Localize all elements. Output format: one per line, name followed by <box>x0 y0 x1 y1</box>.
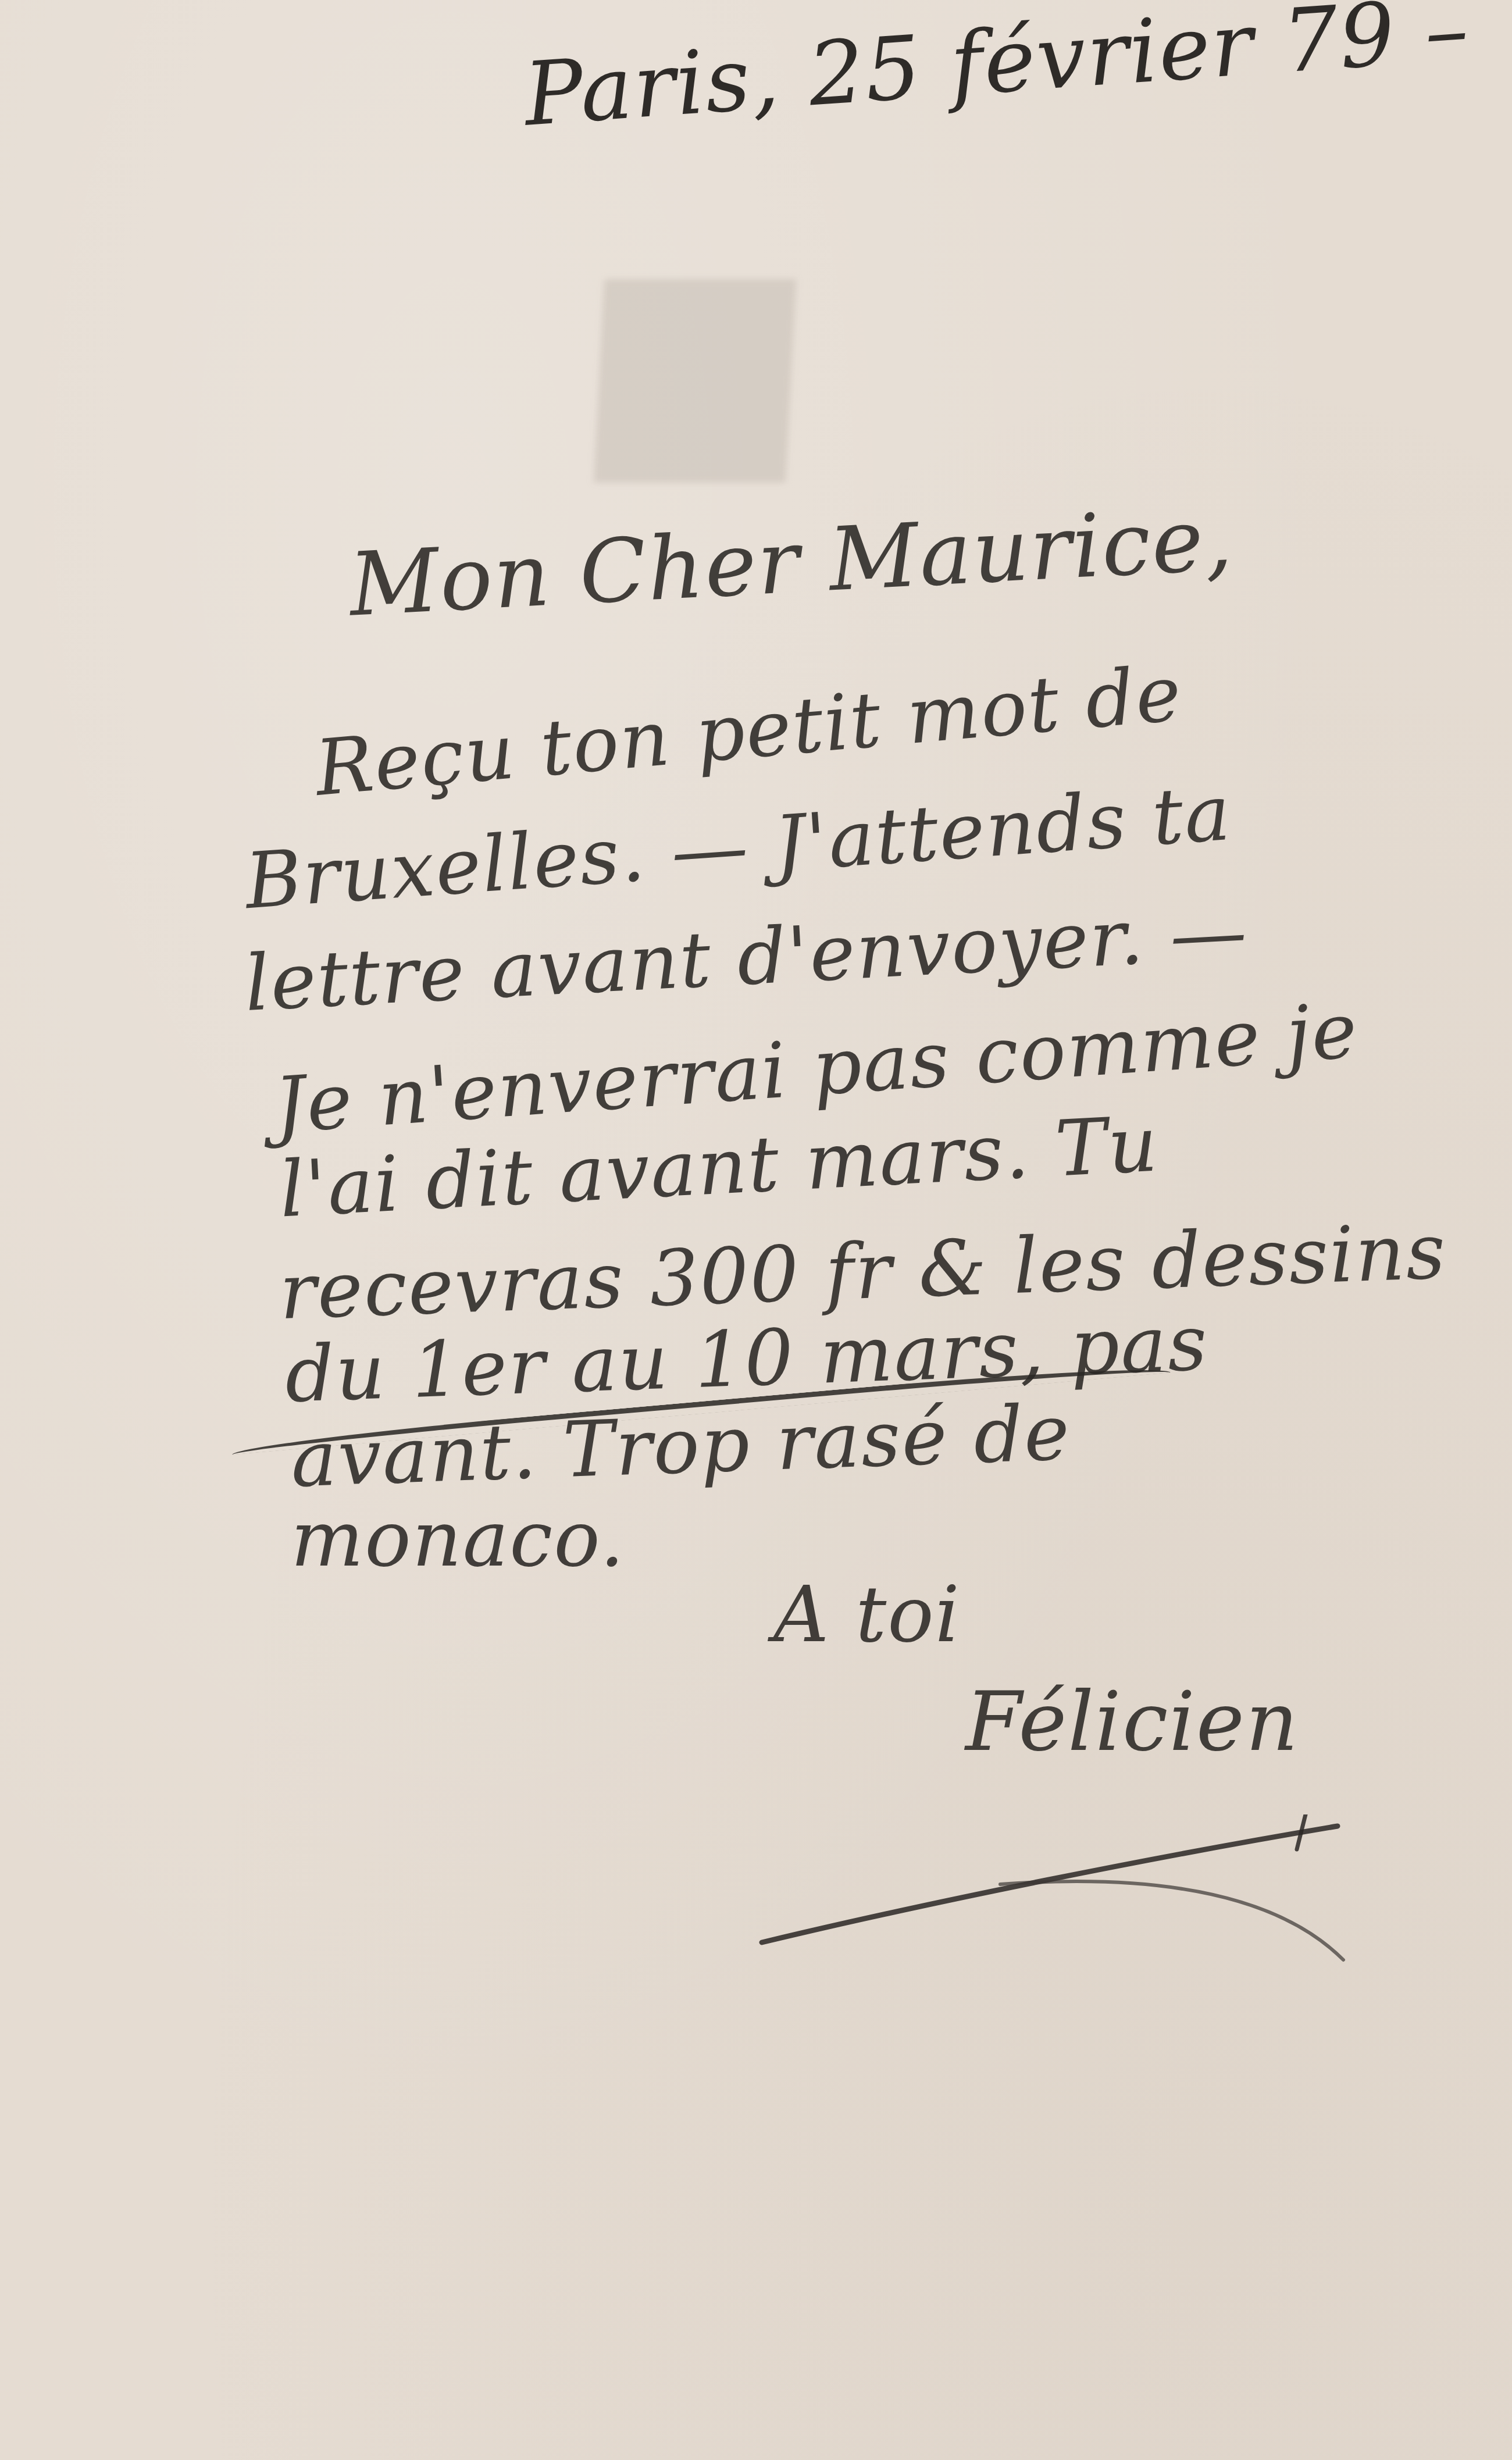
signature: Félicien <box>965 1675 1299 1770</box>
body-line: monaco. <box>291 1495 625 1584</box>
paper-stain <box>594 279 796 483</box>
closing: A toi <box>773 1570 961 1660</box>
signature-flourish-icon <box>756 1814 1396 1966</box>
